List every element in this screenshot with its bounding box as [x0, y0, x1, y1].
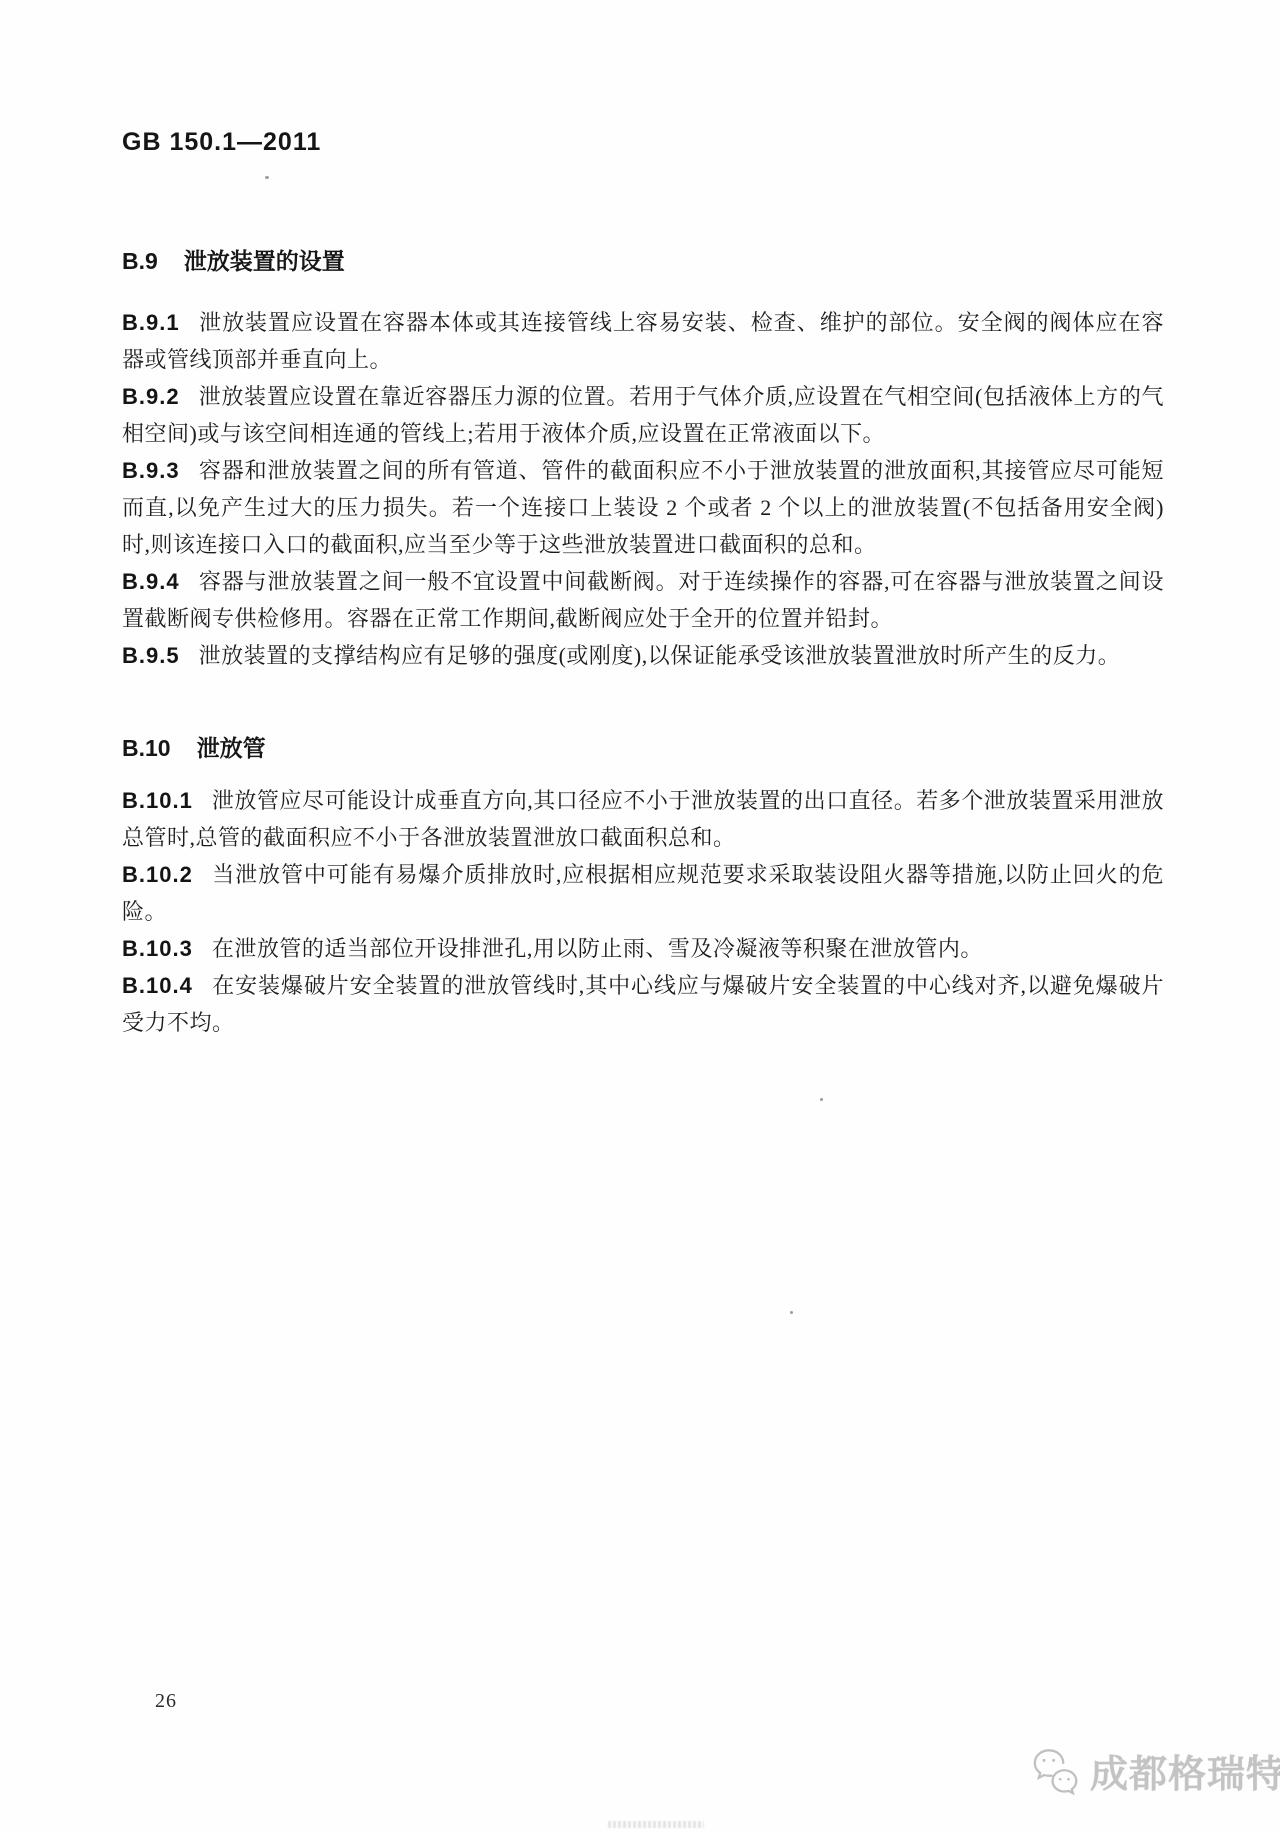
brand-watermark: 成都格瑞特 — [1030, 1742, 1280, 1798]
clause-label: B.9.5 — [122, 643, 180, 668]
clause-text: 当泄放管中可能有易爆介质排放时,应根据相应规范要求采取装设阻火器等措施,以防止回… — [122, 862, 1164, 924]
clause-text: 泄放装置应设置在容器本体或其连接管线上容易安装、检查、维护的部位。安全阀的阀体应… — [122, 310, 1164, 372]
clause-label: B.9.2 — [122, 384, 180, 409]
scan-speck — [820, 1098, 823, 1101]
scan-speck — [790, 1311, 793, 1314]
clause-text: 在泄放管的适当部位开设排泄孔,用以防止雨、雪及冷凝液等积聚在泄放管内。 — [212, 936, 983, 961]
section-heading-b9: B.9泄放装置的设置 — [122, 243, 345, 276]
section-title: 泄放装置的设置 — [184, 248, 345, 274]
section-label: B.10 — [122, 735, 171, 761]
scan-speck — [265, 176, 269, 179]
brand-watermark-text: 成都格瑞特 — [1090, 1743, 1280, 1798]
clause-label: B.9.3 — [122, 458, 180, 483]
wechat-logo-icon — [1030, 1742, 1086, 1798]
clause-text: 泄放管应尽可能设计成垂直方向,其口径应不小于泄放装置的出口直径。若多个泄放装置采… — [122, 788, 1164, 850]
section-title: 泄放管 — [197, 735, 266, 761]
clause-label: B.10.2 — [122, 862, 193, 887]
clause-b9-1: B.9.1泄放装置应设置在容器本体或其连接管线上容易安装、检查、维护的部位。安全… — [122, 304, 1164, 378]
page-number: 26 — [155, 1690, 177, 1713]
clause-label: B.9.1 — [122, 310, 180, 335]
clause-label: B.10.4 — [122, 973, 193, 998]
section-b10-body: B.10.1泄放管应尽可能设计成垂直方向,其口径应不小于泄放装置的出口直径。若多… — [122, 782, 1164, 1041]
clause-b10-3: B.10.3在泄放管的适当部位开设排泄孔,用以防止雨、雪及冷凝液等积聚在泄放管内… — [122, 930, 1164, 967]
clause-text: 容器和泄放装置之间的所有管道、管件的截面积应不小于泄放装置的泄放面积,其接管应尽… — [122, 458, 1164, 557]
clause-text: 泄放装置的支撑结构应有足够的强度(或刚度),以保证能承受该泄放装置泄放时所产生的… — [199, 643, 1121, 668]
document-page: GB 150.1—2011 B.9泄放装置的设置 B.9.1泄放装置应设置在容器… — [0, 0, 1280, 1833]
micro-watermark — [608, 1821, 704, 1828]
clause-text: 容器与泄放装置之间一般不宜设置中间截断阀。对于连续操作的容器,可在容器与泄放装置… — [122, 569, 1164, 631]
clause-b10-1: B.10.1泄放管应尽可能设计成垂直方向,其口径应不小于泄放装置的出口直径。若多… — [122, 782, 1164, 856]
clause-b9-4: B.9.4容器与泄放装置之间一般不宜设置中间截断阀。对于连续操作的容器,可在容器… — [122, 563, 1164, 637]
section-heading-b10: B.10泄放管 — [122, 730, 266, 763]
section-label: B.9 — [122, 248, 158, 274]
clause-text: 在安装爆破片安全装置的泄放管线时,其中心线应与爆破片安全装置的中心线对齐,以避免… — [122, 973, 1164, 1035]
clause-b10-2: B.10.2当泄放管中可能有易爆介质排放时,应根据相应规范要求采取装设阻火器等措… — [122, 856, 1164, 930]
clause-b9-5: B.9.5泄放装置的支撑结构应有足够的强度(或刚度),以保证能承受该泄放装置泄放… — [122, 637, 1164, 674]
clause-text: 泄放装置应设置在靠近容器压力源的位置。若用于气体介质,应设置在气相空间(包括液体… — [122, 384, 1164, 446]
section-b9-body: B.9.1泄放装置应设置在容器本体或其连接管线上容易安装、检查、维护的部位。安全… — [122, 304, 1164, 674]
clause-b10-4: B.10.4在安装爆破片安全装置的泄放管线时,其中心线应与爆破片安全装置的中心线… — [122, 967, 1164, 1041]
clause-label: B.10.3 — [122, 936, 193, 961]
clause-label: B.9.4 — [122, 569, 180, 594]
standard-number-header: GB 150.1—2011 — [122, 128, 321, 157]
clause-b9-3: B.9.3容器和泄放装置之间的所有管道、管件的截面积应不小于泄放装置的泄放面积,… — [122, 452, 1164, 563]
clause-b9-2: B.9.2泄放装置应设置在靠近容器压力源的位置。若用于气体介质,应设置在气相空间… — [122, 378, 1164, 452]
clause-label: B.10.1 — [122, 788, 193, 813]
